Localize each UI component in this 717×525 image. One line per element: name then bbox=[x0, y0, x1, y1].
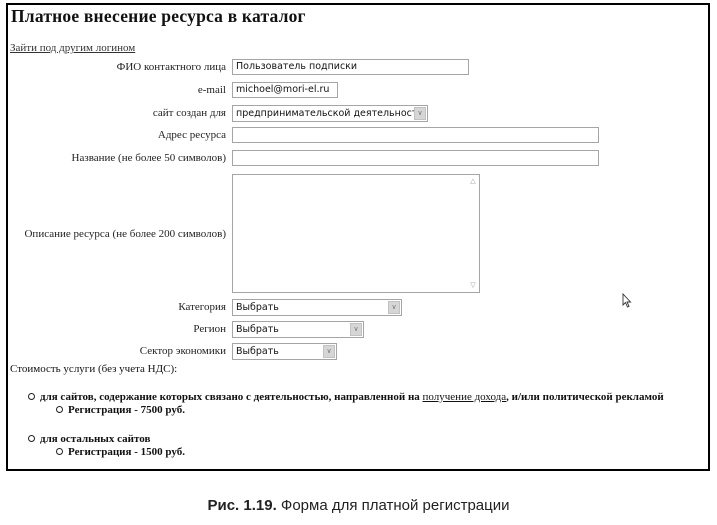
scroll-down-icon[interactable]: ▽ bbox=[468, 281, 478, 290]
site-for-selected: предпринимательской деятельности bbox=[236, 108, 424, 119]
sector-label: Сектор экономики bbox=[140, 345, 226, 357]
sector-selected: Выбрать bbox=[236, 346, 279, 357]
scroll-up-icon[interactable]: △ bbox=[468, 177, 478, 186]
address-label: Адрес ресурса bbox=[158, 129, 226, 141]
pricing-group-text-after: , и/или политической рекламой bbox=[506, 391, 664, 403]
figure-caption: Рис. 1.19. Форма для платной регистрации bbox=[0, 497, 717, 514]
category-selected: Выбрать bbox=[236, 302, 279, 313]
region-selected: Выбрать bbox=[236, 324, 279, 335]
pricing-group-text: для сайтов, содержание которых связано с… bbox=[40, 391, 423, 403]
circle-bullet-icon bbox=[28, 393, 35, 400]
email-input[interactable]: michoel@mori-el.ru bbox=[232, 82, 338, 98]
pricing-item-commercial: Регистрация - 7500 руб. bbox=[56, 404, 185, 416]
chevron-down-icon[interactable]: ∨ bbox=[414, 107, 426, 120]
name-input[interactable] bbox=[232, 150, 599, 166]
description-textarea[interactable]: △ ▽ bbox=[232, 174, 480, 293]
description-label: Описание ресурса (не более 200 символов) bbox=[24, 228, 226, 240]
site-for-label: сайт создан для bbox=[153, 107, 226, 119]
pricing-group-other: для остальных сайтов bbox=[28, 433, 150, 445]
caption-label: Рис. 1.19. bbox=[207, 497, 276, 514]
region-select[interactable]: Выбрать ∨ bbox=[232, 321, 364, 338]
mouse-pointer-icon bbox=[622, 293, 632, 309]
category-label: Категория bbox=[178, 301, 226, 313]
pricing-item-text: Регистрация - 7500 руб. bbox=[68, 404, 185, 416]
chevron-down-icon[interactable]: ∨ bbox=[350, 323, 362, 336]
circle-bullet-icon bbox=[28, 435, 35, 442]
circle-bullet-icon bbox=[56, 406, 63, 413]
pricing-heading: Стоимость услуги (без учета НДС): bbox=[10, 363, 177, 375]
category-select[interactable]: Выбрать ∨ bbox=[232, 299, 402, 316]
site-for-select[interactable]: предпринимательской деятельности ∨ bbox=[232, 105, 428, 122]
income-link[interactable]: получение дохода bbox=[423, 391, 507, 403]
relogin-link[interactable]: Зайти под другим логином bbox=[10, 42, 135, 54]
caption-text: Форма для платной регистрации bbox=[277, 497, 510, 514]
fio-label: ФИО контактного лица bbox=[117, 61, 226, 73]
pricing-group-commercial: для сайтов, содержание которых связано с… bbox=[28, 391, 664, 403]
sector-select[interactable]: Выбрать ∨ bbox=[232, 343, 337, 360]
fio-input[interactable]: Пользователь подписки bbox=[232, 59, 469, 75]
address-input[interactable] bbox=[232, 127, 599, 143]
page-title: Платное внесение ресурса в каталог bbox=[11, 6, 306, 27]
pricing-item-other: Регистрация - 1500 руб. bbox=[56, 446, 185, 458]
pricing-item-text: Регистрация - 1500 руб. bbox=[68, 446, 185, 458]
region-label: Регион bbox=[193, 323, 226, 335]
chevron-down-icon[interactable]: ∨ bbox=[323, 345, 335, 358]
email-label: e-mail bbox=[198, 84, 226, 96]
chevron-down-icon[interactable]: ∨ bbox=[388, 301, 400, 314]
circle-bullet-icon bbox=[56, 448, 63, 455]
name-label: Название (не более 50 символов) bbox=[72, 152, 226, 164]
pricing-group-text: для остальных сайтов bbox=[40, 433, 150, 445]
